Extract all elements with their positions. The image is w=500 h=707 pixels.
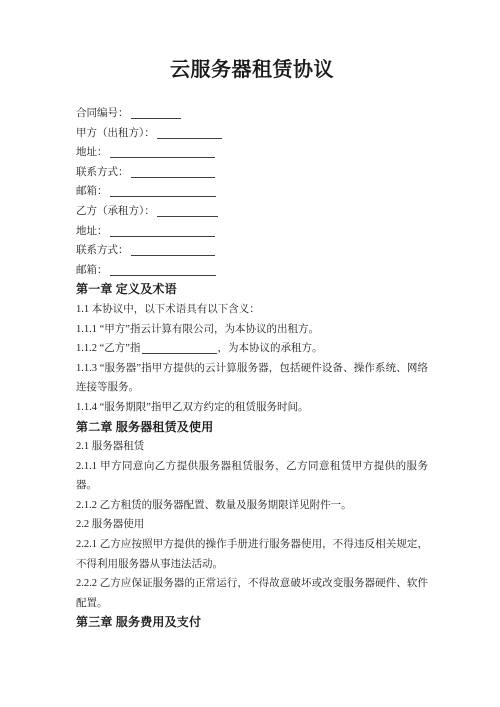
field-label: 合同编号：: [76, 108, 129, 119]
field-label: 甲方（出租方）：: [76, 128, 155, 139]
blank-line: [131, 244, 215, 256]
field-line: 邮箱：: [76, 261, 428, 281]
field-label: 联系方式：: [76, 167, 129, 178]
field-line: 合同编号：: [76, 104, 428, 124]
blank-line: [142, 342, 217, 354]
field-label: 邮箱：: [76, 265, 108, 276]
paragraph: 2.1 服务器租赁: [76, 437, 428, 457]
field-line: 地址：: [76, 143, 428, 163]
field-label: 地址：: [76, 226, 108, 237]
blank-line: [110, 225, 215, 237]
paragraph: 1.1.1 “甲方”指云计算有限公司，为本协议的出租方。: [76, 320, 428, 340]
paragraph: 1.1.4 “服务期限”指甲乙双方约定的租赁服务时间。: [76, 398, 428, 418]
field-label: 联系方式：: [76, 245, 129, 256]
field-line: 邮箱：: [76, 182, 428, 202]
paragraph: 1.1.3 “服务器”指甲方提供的云计算服务器，包括硬件设备、操作系统、网络连接…: [76, 359, 428, 398]
chapter-heading: 第一章 定义及术语: [76, 280, 428, 300]
field-line: 甲方（出租方）：: [76, 124, 428, 144]
paragraph: 2.2.1 乙方应按照甲方提供的操作手册进行服务器使用，不得违反相关规定，不得利…: [76, 535, 428, 574]
paragraph: 1.1 本协议中，以下术语具有以下含义：: [76, 300, 428, 320]
document-page: 云服务器租赁协议 合同编号：甲方（出租方）：地址：联系方式：邮箱：乙方（承租方）…: [0, 0, 500, 707]
blank-line: [157, 205, 218, 217]
blank-line: [110, 264, 216, 276]
field-line: 联系方式：: [76, 241, 428, 261]
field-label: 邮箱：: [76, 186, 108, 197]
field-line: 乙方（承租方）：: [76, 202, 428, 222]
blank-line: [157, 127, 222, 139]
chapter-heading: 第三章 服务费用及支付: [76, 613, 428, 633]
field-label: 地址：: [76, 147, 108, 158]
paragraph-text: 1.1.2 “乙方”指: [76, 343, 140, 354]
field-line: 联系方式：: [76, 163, 428, 183]
blank-line: [110, 185, 216, 197]
blank-line: [131, 166, 215, 178]
paragraph-text: ，为本协议的承租方。: [217, 343, 322, 354]
paragraph: 2.2 服务器使用: [76, 515, 428, 535]
paragraph: 2.1.2 乙方租赁的服务器配置、数量及服务期限详见附件一。: [76, 496, 428, 516]
blank-line: [131, 107, 181, 119]
document-title: 云服务器租赁协议: [76, 57, 428, 83]
paragraph: 1.1.2 “乙方”指，为本协议的承租方。: [76, 339, 428, 359]
field-label: 乙方（承租方）：: [76, 206, 155, 217]
field-line: 地址：: [76, 222, 428, 242]
paragraph: 2.1.1 甲方同意向乙方提供服务器租赁服务，乙方同意租赁甲方提供的服务器。: [76, 457, 428, 496]
paragraph: 2.2.2 乙方应保证服务器的正常运行，不得故意破坏或改变服务器硬件、软件配置。: [76, 574, 428, 613]
blank-line: [110, 146, 215, 158]
document-body: 合同编号：甲方（出租方）：地址：联系方式：邮箱：乙方（承租方）：地址：联系方式：…: [76, 104, 428, 633]
chapter-heading: 第二章 服务器租赁及使用: [76, 418, 428, 438]
